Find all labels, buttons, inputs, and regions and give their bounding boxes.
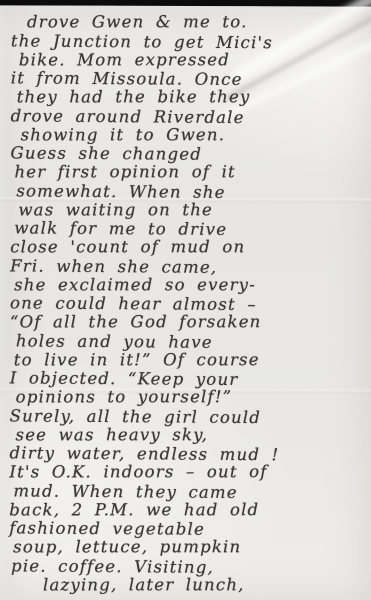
handwritten-line: close 'count of mud on xyxy=(10,238,366,257)
handwritten-line: drove Gwen & me to. xyxy=(11,13,367,32)
handwritten-line: “Of all the God forsaken xyxy=(10,313,366,332)
handwritten-line: see was heavy sky, xyxy=(10,426,366,445)
handwritten-line: to live in it!” Of course xyxy=(10,351,366,370)
handwritten-line: she exclaimed so every- xyxy=(10,276,366,295)
handwritten-line: back, 2 P.M. we had old xyxy=(9,501,365,520)
handwritten-line: bike. Mom expressed xyxy=(11,51,367,70)
handwritten-text-block: drove Gwen & me to. the Junction to get … xyxy=(9,13,367,595)
handwritten-line: was waiting on the xyxy=(10,201,366,220)
handwritten-line: her first opinion of it xyxy=(10,163,366,182)
scanned-letter-page: drove Gwen & me to. the Junction to get … xyxy=(0,0,371,600)
handwritten-line: opinions to yourself!” xyxy=(10,388,366,407)
handwritten-line: lazying, later lunch, xyxy=(9,576,365,595)
letter-paper: drove Gwen & me to. the Junction to get … xyxy=(0,5,371,600)
handwritten-line: It's O.K. indoors – out of xyxy=(9,463,365,482)
handwritten-line: they had the bike they xyxy=(11,88,367,107)
handwritten-line: soup, lettuce, pumpkin xyxy=(9,538,365,557)
handwritten-line: showing it to Gwen. xyxy=(11,126,367,145)
